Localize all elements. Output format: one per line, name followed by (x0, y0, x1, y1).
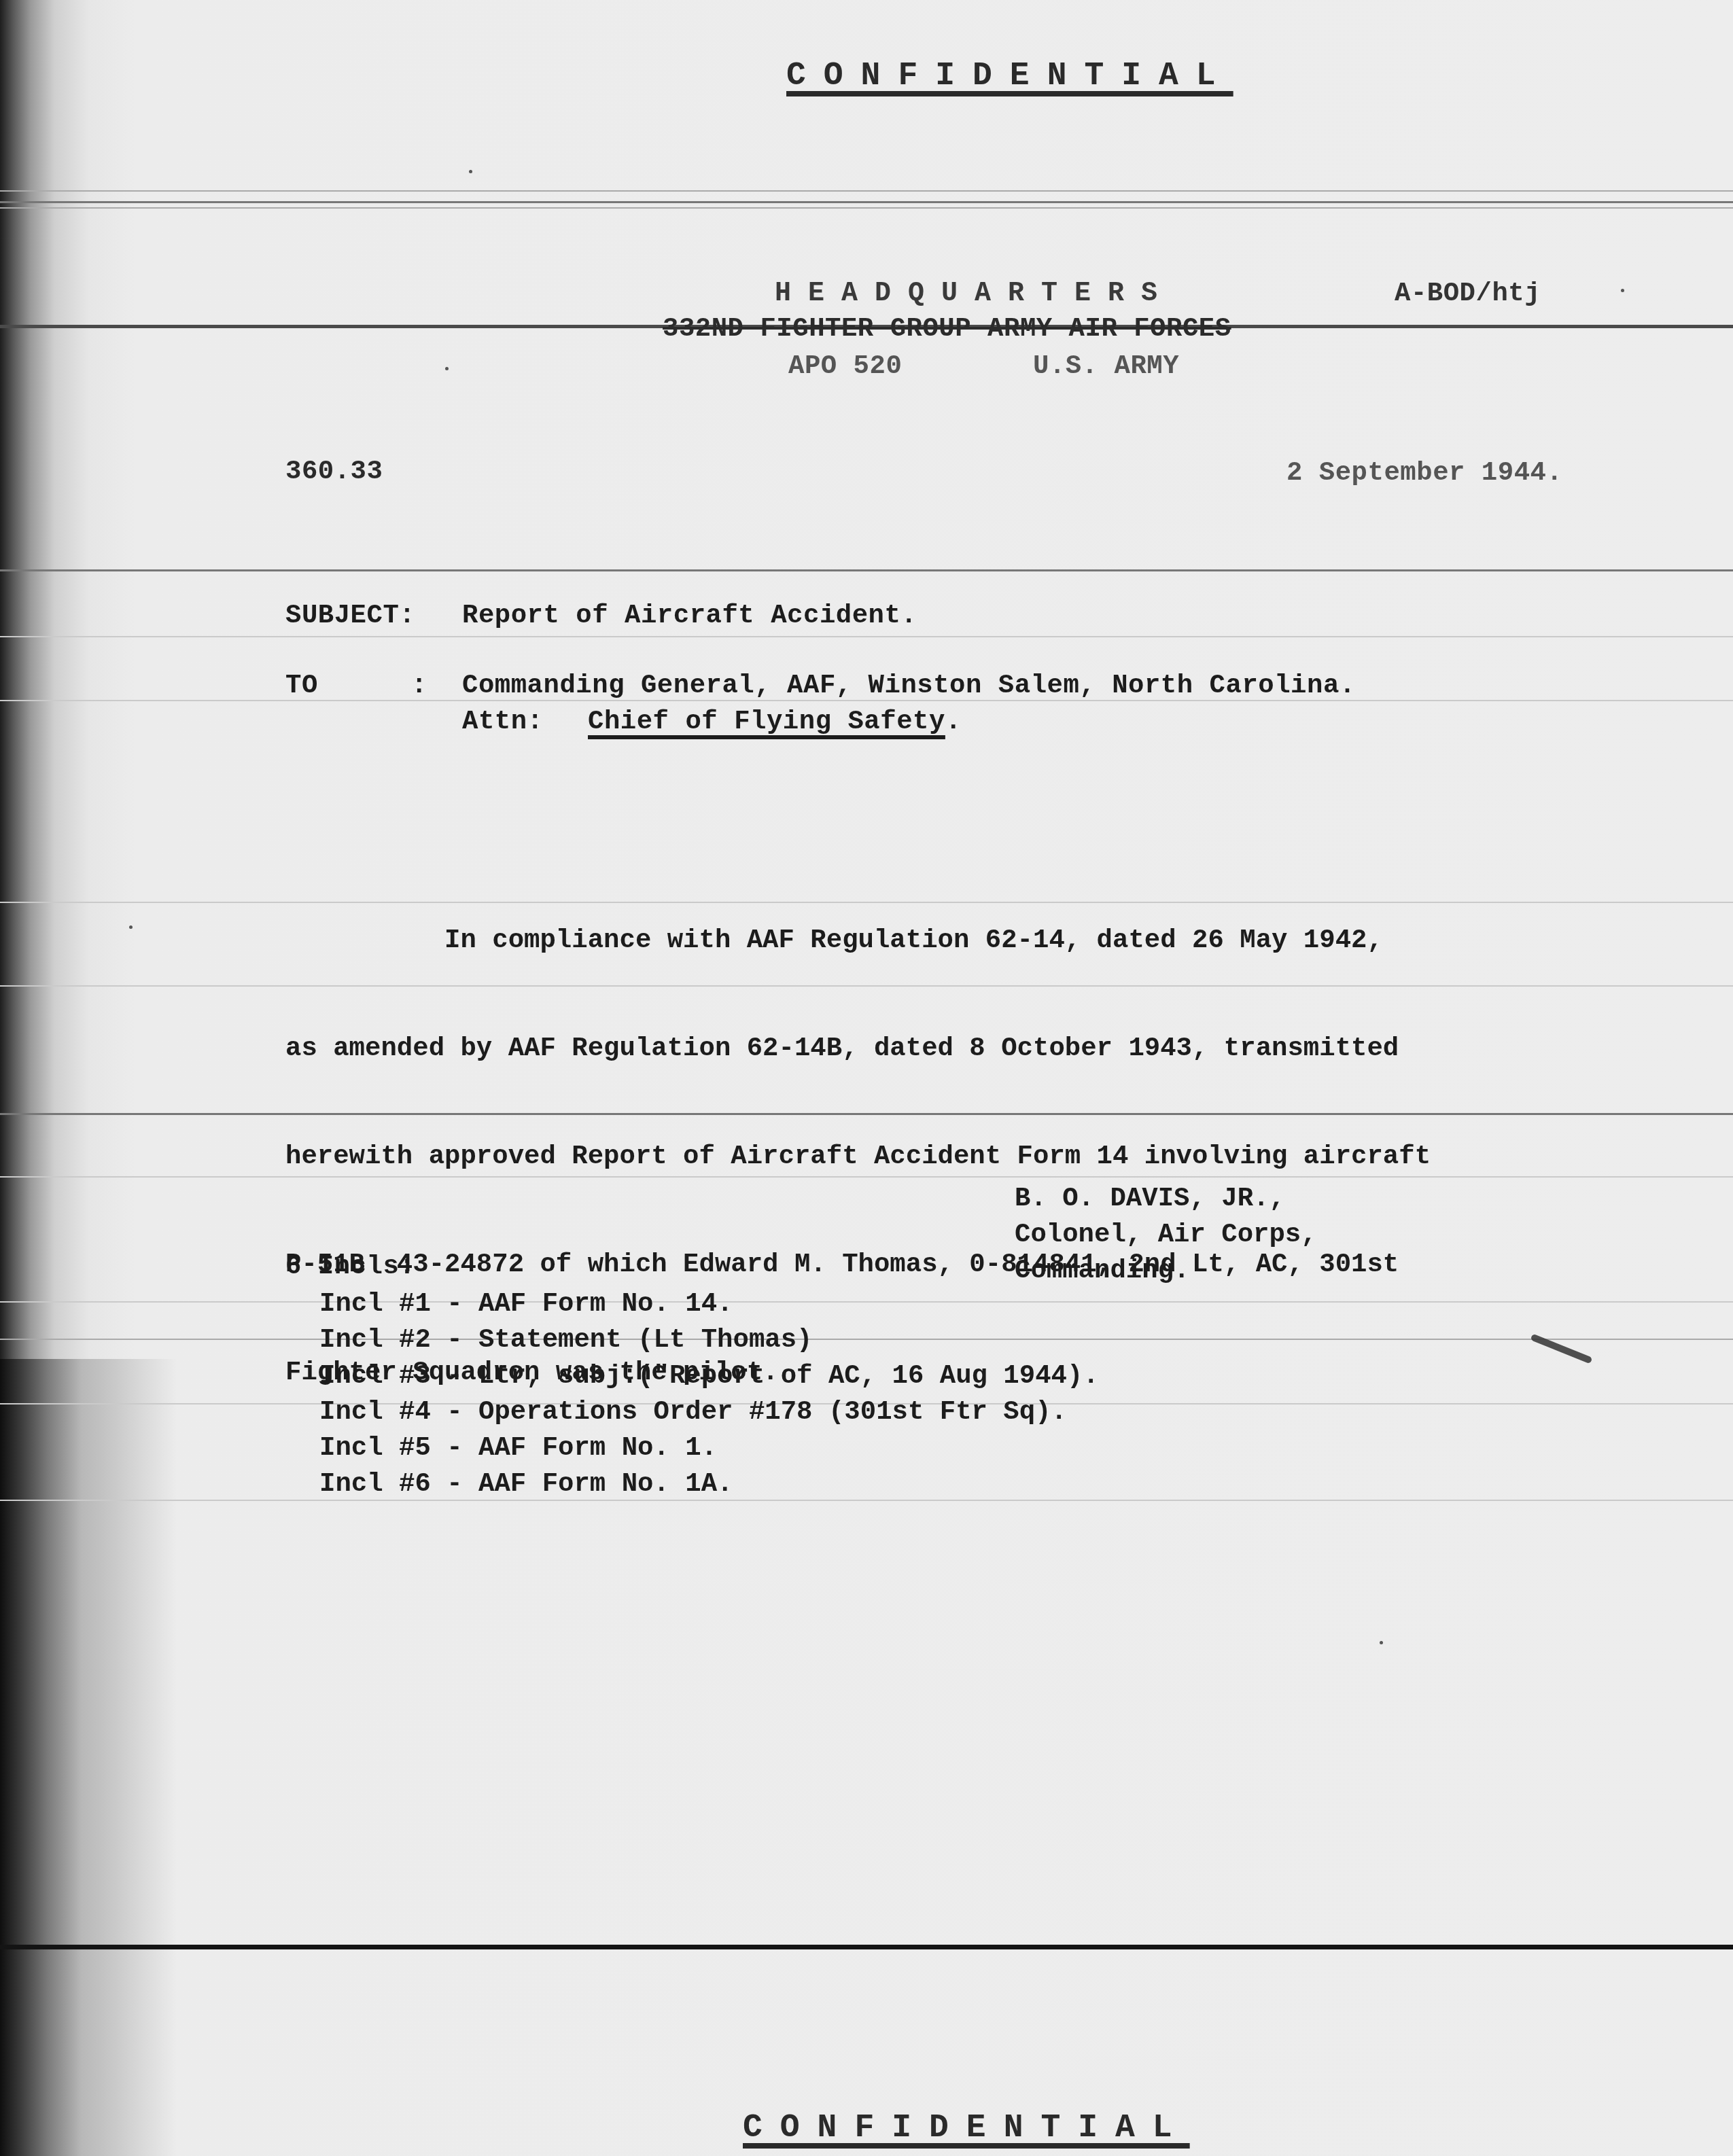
scan-line (0, 207, 1733, 209)
signature-block: B. O. DAVIS, JR., Colonel, Air Corps, Co… (1015, 1181, 1317, 1289)
ink-speck (1380, 1641, 1383, 1644)
enclosures-heading: 6 Incls: (285, 1254, 415, 1280)
enclosure-item: Incl #6 - AAF Form No. 1A. (319, 1466, 1099, 1502)
enclosure-item: Incl #3 - Ltr, subj:("Report of AC, 16 A… (319, 1358, 1099, 1394)
body-line: In compliance with AAF Regulation 62-14,… (285, 923, 1617, 959)
reference-code: A-BOD/htj (1395, 281, 1541, 307)
ink-speck (445, 367, 449, 370)
org-title: HEADQUARTERS (775, 281, 1174, 308)
scan-edge-shadow (0, 1359, 177, 2156)
letter-date: 2 September 1944. (1286, 460, 1562, 487)
classification-bottom: CONFIDENTIAL (743, 2112, 1190, 2144)
scan-line (0, 636, 1733, 637)
scan-line (0, 190, 1733, 192)
enclosure-item: Incl #5 - AAF Form No. 1. (319, 1430, 1099, 1466)
signer-rank: Colonel, Air Corps, (1015, 1217, 1317, 1253)
org-army: U.S. ARMY (1033, 353, 1179, 380)
enclosure-item: Incl #1 - AAF Form No. 14. (319, 1286, 1099, 1322)
body-line: herewith approved Report of Aircraft Acc… (285, 1139, 1617, 1175)
enclosures-list: Incl #1 - AAF Form No. 14. Incl #2 - Sta… (319, 1286, 1099, 1502)
enclosure-item: Incl #4 - Operations Order #178 (301st F… (319, 1394, 1099, 1430)
subject-label: SUBJECT: (285, 603, 415, 629)
document-page: CONFIDENTIAL HEADQUARTERS A-BOD/htj 332N… (0, 0, 1733, 2156)
attn-line: Chief of Flying Safety. (588, 709, 962, 735)
attn-value: Chief of Flying Safety (588, 707, 945, 737)
signer-name: B. O. DAVIS, JR., (1015, 1181, 1317, 1217)
attn-label: Attn: (462, 709, 544, 735)
attn-period: . (945, 707, 962, 737)
file-number: 360.33 (285, 459, 383, 485)
classification-top: CONFIDENTIAL (786, 60, 1233, 92)
enclosure-item: Incl #2 - Statement (Lt Thomas) (319, 1322, 1099, 1358)
body-line: P-51B 43-24872 of which Edward M. Thomas… (285, 1247, 1617, 1283)
scan-line (0, 1945, 1733, 1949)
org-apo: APO 520 (788, 353, 902, 380)
ink-speck (129, 925, 133, 929)
ink-speck (1621, 289, 1624, 292)
to-value: Commanding General, AAF, Winston Salem, … (462, 673, 1356, 699)
signer-role: Commanding. (1015, 1253, 1317, 1289)
to-colon: : (411, 673, 427, 699)
ink-speck (469, 170, 472, 173)
scan-line (0, 569, 1733, 571)
org-unit: 332ND FIGHTER GROUP ARMY AIR FORCES (663, 316, 1231, 342)
to-label: TO (285, 673, 318, 699)
body-line: as amended by AAF Regulation 62-14B, dat… (285, 1031, 1617, 1067)
scan-line (0, 201, 1733, 203)
subject-value: Report of Aircraft Accident. (462, 603, 917, 629)
